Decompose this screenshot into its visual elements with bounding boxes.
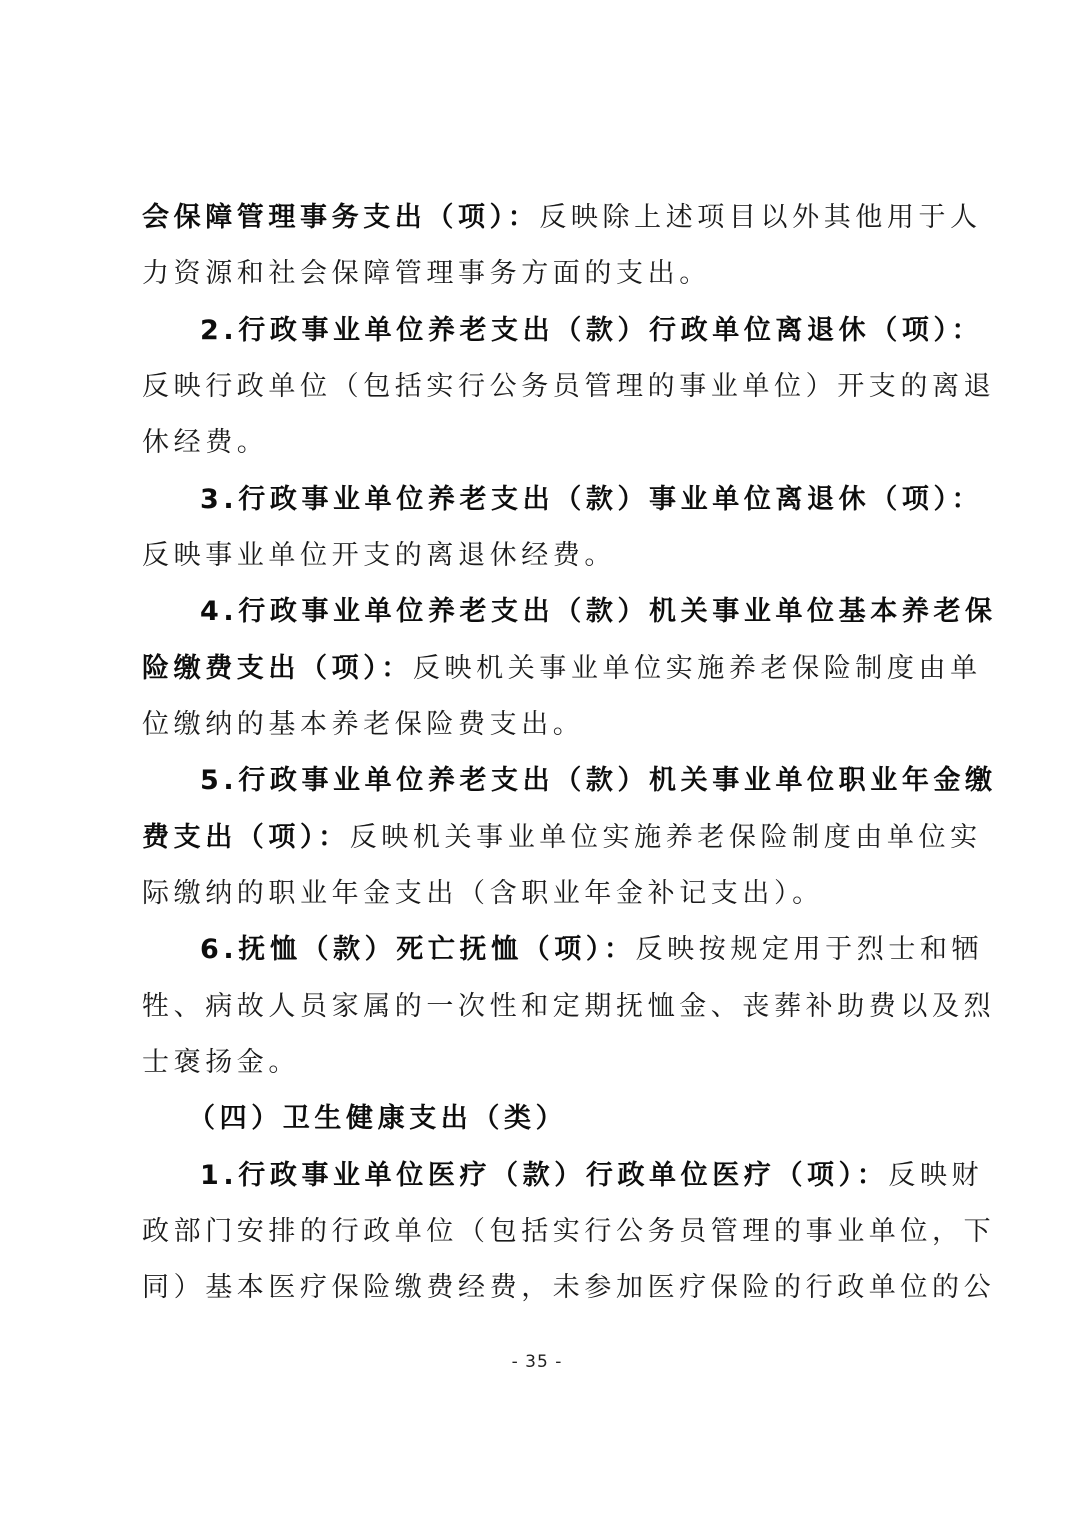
item-description: 政部门安排的行政单位（包括实行公务员管理的事业单位，下 <box>142 1216 995 1247</box>
item-4-heading-line: 4.行政事业单位养老支出（款）机关事业单位基本养老保 <box>200 592 1000 632</box>
text-line: 险缴费支出（项）：反映机关事业单位实施养老保险制度由单 <box>142 649 942 689</box>
item-description: 反映行政单位（包括实行公务员管理的事业单位）开支的离退 <box>142 371 995 402</box>
text-line: 反映行政单位（包括实行公务员管理的事业单位）开支的离退 <box>142 367 942 407</box>
item-description: 际缴纳的职业年金支出（含职业年金补记支出）。 <box>142 878 824 909</box>
item-description: 位缴纳的基本养老保险费支出。 <box>142 709 584 740</box>
text-line: 会保障管理事务支出（项）：反映除上述项目以外其他用于人 <box>142 198 942 238</box>
item-heading: 险缴费支出（项）： <box>142 653 413 684</box>
item-2-heading-line: 2.行政事业单位养老支出（款）行政单位离退休（项）： <box>200 311 1000 351</box>
item-description: 士褒扬金。 <box>142 1047 300 1078</box>
item-3-heading-line: 3.行政事业单位养老支出（款）事业单位离退休（项）： <box>200 480 1000 520</box>
page-number: - 35 - <box>0 1352 1074 1372</box>
item-heading: 1.行政事业单位医疗（款）行政单位医疗（项）： <box>200 1160 888 1191</box>
text-line: 士褒扬金。 <box>142 1043 942 1083</box>
item-description: 反映机关事业单位实施养老保险制度由单位实 <box>350 822 982 853</box>
item-description: 反映机关事业单位实施养老保险制度由单 <box>413 653 982 684</box>
text-line: 休经费。 <box>142 423 942 463</box>
text-line: 费支出（项）：反映机关事业单位实施养老保险制度由单位实 <box>142 818 942 858</box>
text-line: 政部门安排的行政单位（包括实行公务员管理的事业单位，下 <box>142 1212 942 1252</box>
section-title: （四）卫生健康支出（类） <box>188 1103 567 1134</box>
text-line: 力资源和社会保障管理事务方面的支出。 <box>142 254 942 294</box>
item-heading: 6.抚恤（款）死亡抚恤（项）： <box>200 934 636 965</box>
item-description: 反映按规定用于烈士和牺 <box>636 934 984 965</box>
item-description: 反映事业单位开支的离退休经费。 <box>142 540 616 571</box>
item-heading: 2.行政事业单位养老支出（款）行政单位离退休（项）： <box>200 315 983 346</box>
item-description: 反映除上述项目以外其他用于人 <box>539 202 981 233</box>
item-1-heading-line: 1.行政事业单位医疗（款）行政单位医疗（项）：反映财 <box>200 1156 1000 1196</box>
item-description: 反映财 <box>888 1160 983 1191</box>
item-heading: 4.行政事业单位养老支出（款）机关事业单位基本养老保 <box>200 596 997 627</box>
text-line: 反映事业单位开支的离退休经费。 <box>142 536 942 576</box>
item-description: 牲、病故人员家属的一次性和定期抚恤金、丧葬补助费以及烈 <box>142 991 995 1022</box>
text-line: 牲、病故人员家属的一次性和定期抚恤金、丧葬补助费以及烈 <box>142 987 942 1027</box>
item-heading: 会保障管理事务支出（项）： <box>142 202 539 233</box>
section-heading: （四）卫生健康支出（类） <box>188 1099 988 1139</box>
item-5-heading-line: 5.行政事业单位养老支出（款）机关事业单位职业年金缴 <box>200 761 1000 801</box>
document-page: 会保障管理事务支出（项）：反映除上述项目以外其他用于人 力资源和社会保障管理事务… <box>0 0 1074 1520</box>
text-line: 位缴纳的基本养老保险费支出。 <box>142 705 942 745</box>
item-heading: 3.行政事业单位养老支出（款）事业单位离退休（项）： <box>200 484 983 515</box>
item-description: 休经费。 <box>142 427 268 458</box>
text-line: 同）基本医疗保险缴费经费，未参加医疗保险的行政单位的公 <box>142 1268 942 1308</box>
text-line: 际缴纳的职业年金支出（含职业年金补记支出）。 <box>142 874 942 914</box>
item-heading: 5.行政事业单位养老支出（款）机关事业单位职业年金缴 <box>200 765 997 796</box>
item-heading: 费支出（项）： <box>142 822 350 853</box>
item-6-heading-line: 6.抚恤（款）死亡抚恤（项）：反映按规定用于烈士和牺 <box>200 930 1000 970</box>
item-description: 力资源和社会保障管理事务方面的支出。 <box>142 258 711 289</box>
item-description: 同）基本医疗保险缴费经费，未参加医疗保险的行政单位的公 <box>142 1272 995 1303</box>
